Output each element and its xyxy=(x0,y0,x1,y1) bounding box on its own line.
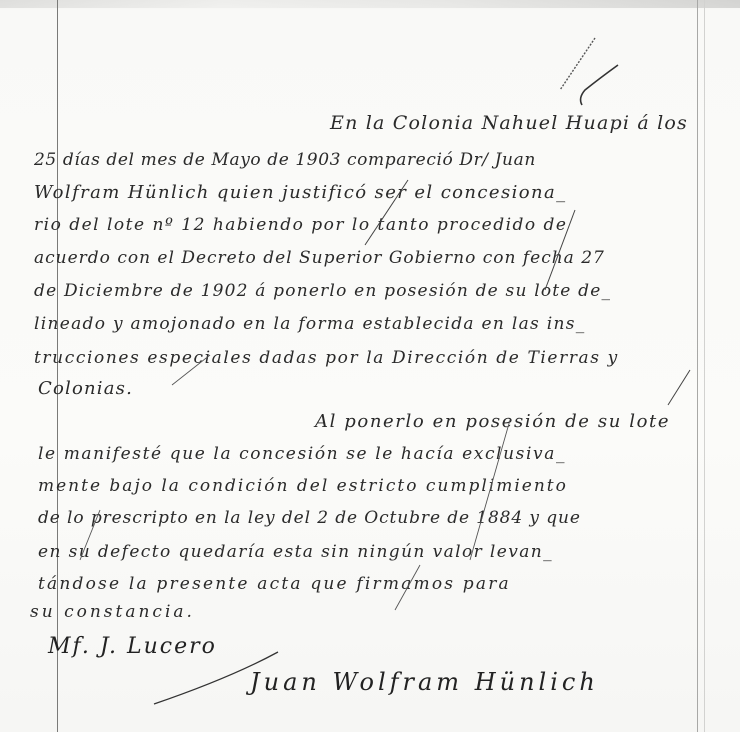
document-page: En la Colonia Nahuel Huapi á los 25 días… xyxy=(0,0,740,732)
signature-grantee: Juan Wolfram Hünlich xyxy=(250,668,599,696)
pen-strokes xyxy=(0,0,740,732)
